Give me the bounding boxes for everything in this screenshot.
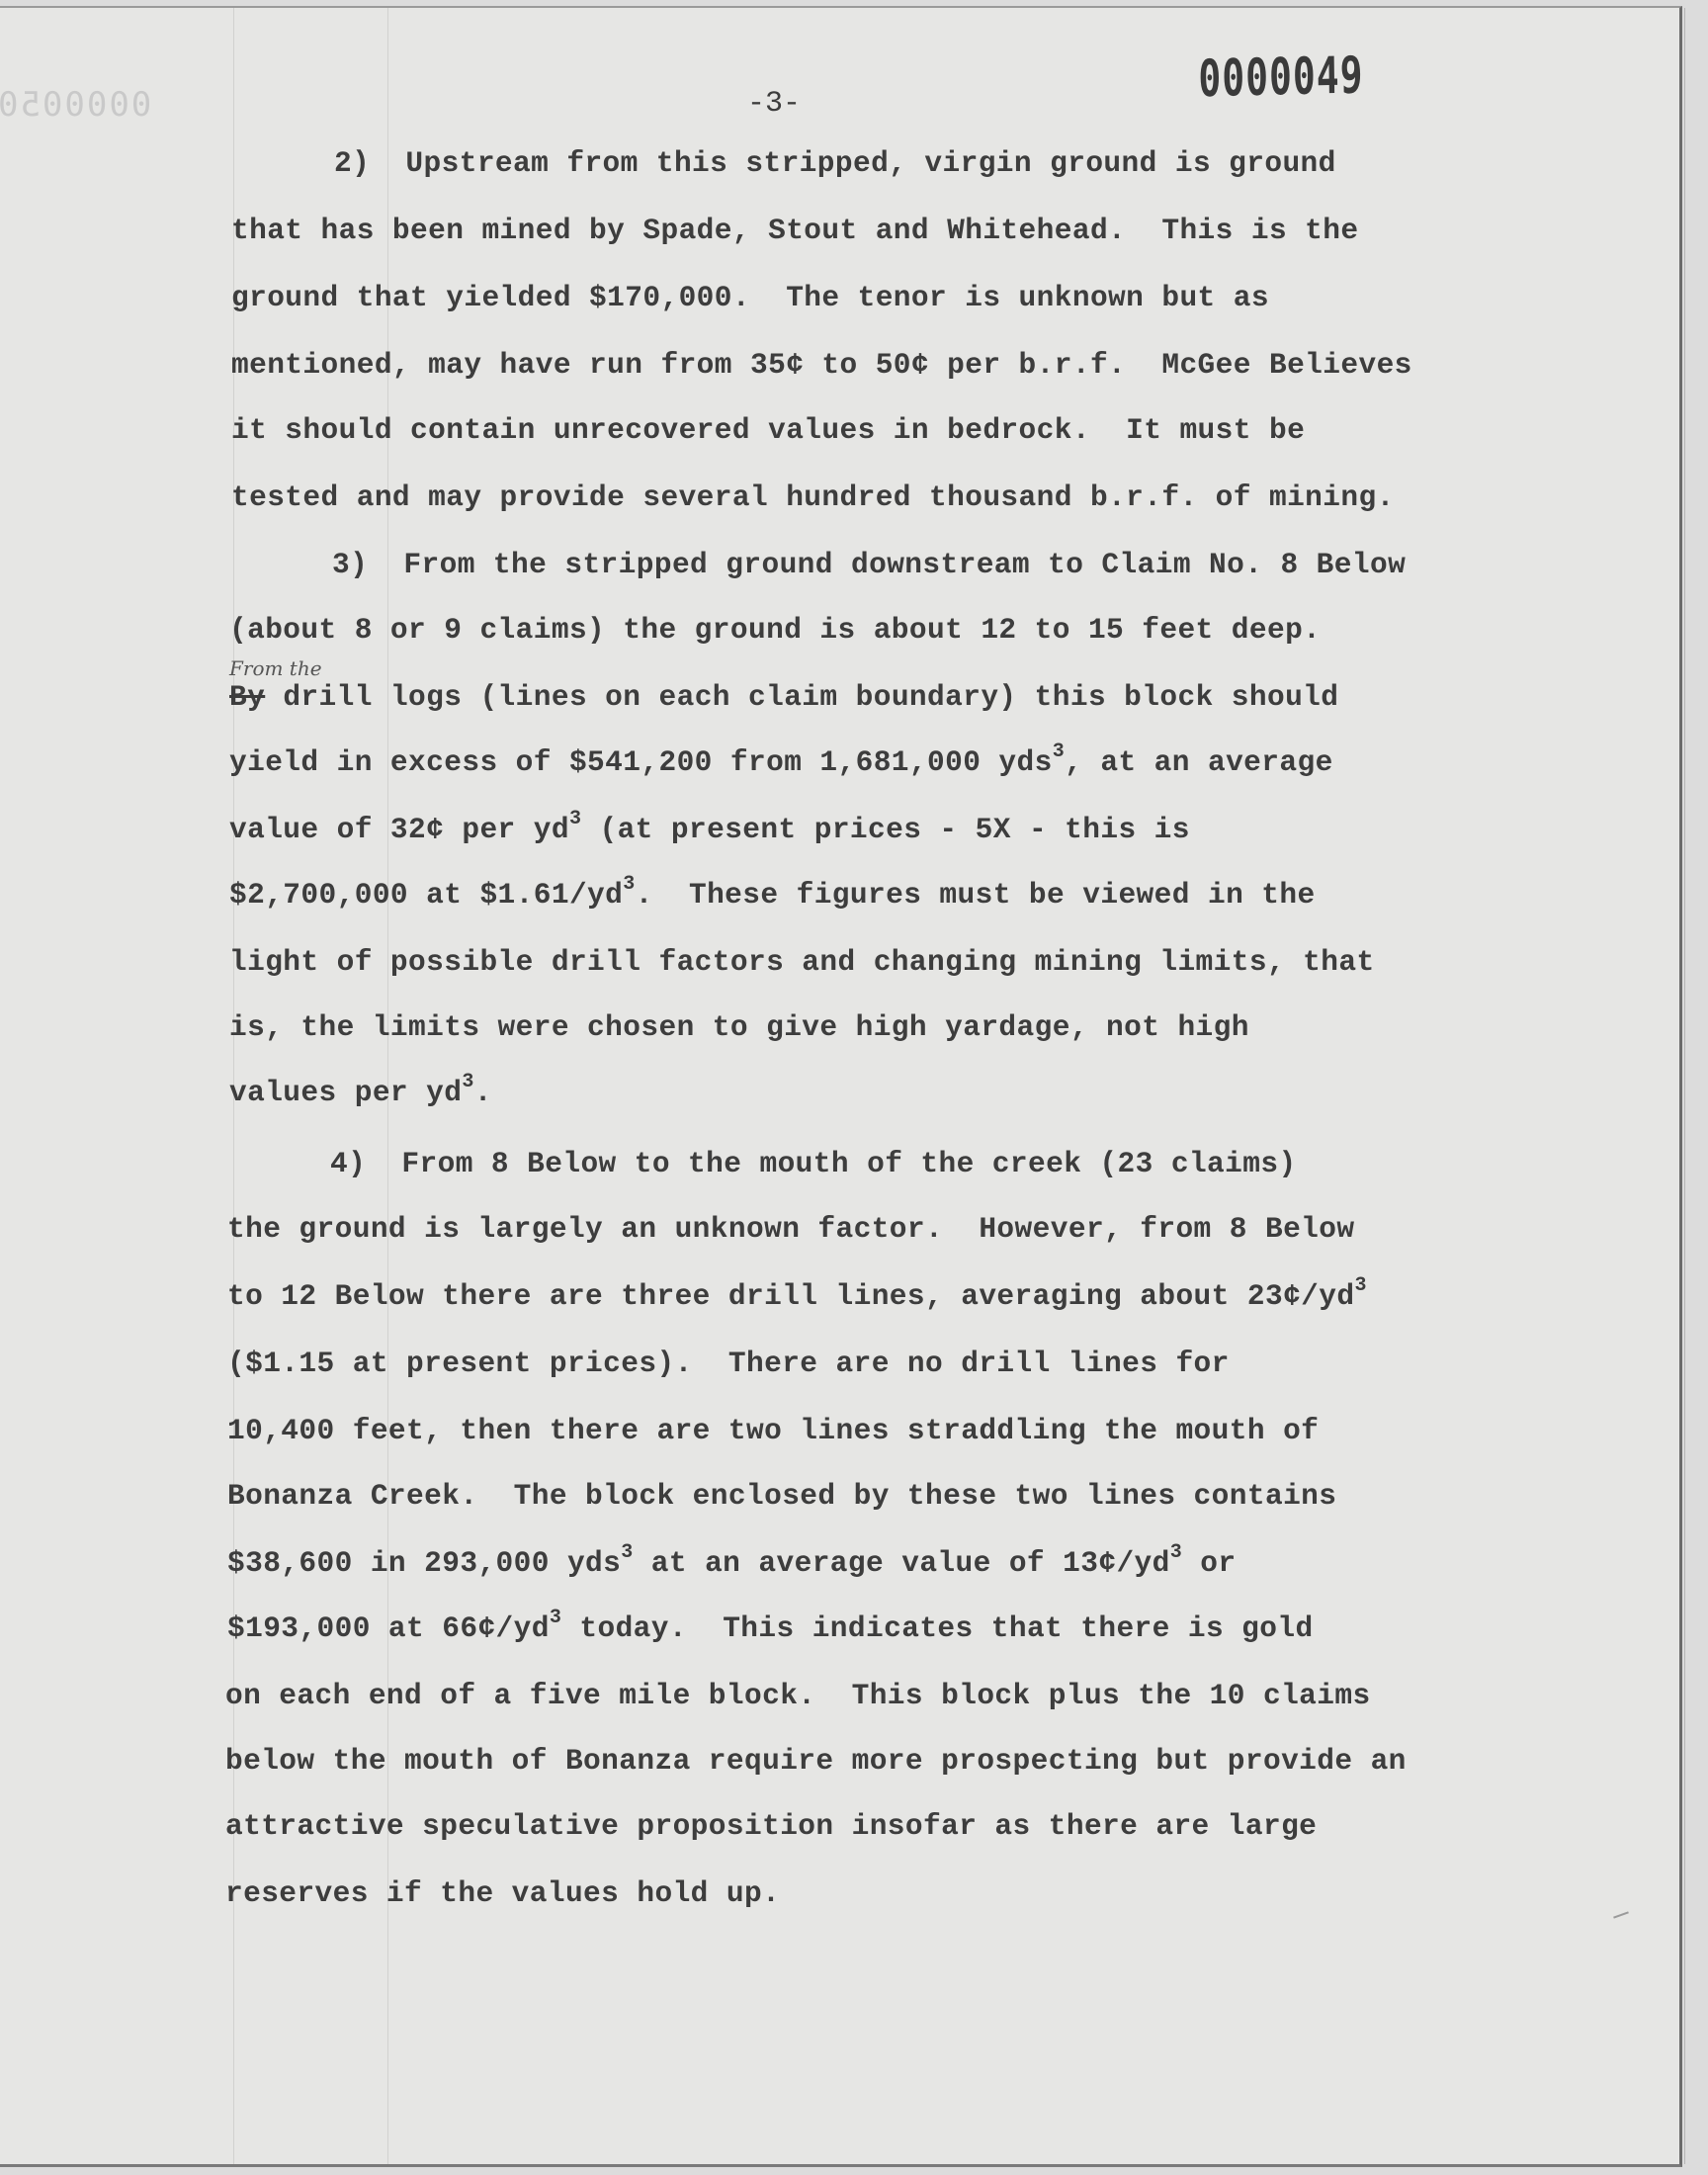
text-line: 10,400 feet, then there are two lines st… [227, 1414, 1319, 1447]
page-number: -3- [747, 87, 801, 121]
text-line: the ground is largely an unknown factor.… [227, 1212, 1354, 1246]
text-line: Bonanza Creek. The block enclosed by the… [227, 1479, 1336, 1513]
text-line: below the mouth of Bonanza require more … [225, 1744, 1407, 1778]
text-line: ground that yielded $170,000. The tenor … [231, 281, 1269, 314]
handwritten-insertion: From the [229, 656, 322, 680]
text-line: $193,000 at 66¢/yd3 today. This indicate… [227, 1611, 1314, 1645]
text-line: 2) Upstream from this stripped, virgin g… [334, 146, 1336, 180]
text-line: ($1.15 at present prices). There are no … [227, 1347, 1230, 1380]
text-line: $2,700,000 at $1.61/yd3. These figures m… [229, 878, 1316, 912]
text-line: that has been mined by Spade, Stout and … [231, 214, 1358, 247]
document-number-stamp: 0000049 [1198, 45, 1364, 108]
text-line: is, the limits were chosen to give high … [229, 1010, 1249, 1044]
text-line: tested and may provide several hundred t… [231, 480, 1395, 514]
struck-word: By [229, 680, 265, 714]
text-line: to 12 Below there are three drill lines,… [227, 1279, 1367, 1313]
text-line: 3) From the stripped ground downstream t… [332, 548, 1406, 581]
text-line: light of possible drill factors and chan… [229, 945, 1375, 979]
margin-pencil-mark [1613, 1911, 1629, 1918]
text-line: $38,600 in 293,000 yds3 at an average va… [227, 1546, 1236, 1580]
text-line: attractive speculative proposition insof… [225, 1809, 1317, 1843]
document-page: 0000050 0000049 -3- 2) Upstream from thi… [0, 6, 1682, 2167]
text-line: on each end of a five mile block. This b… [225, 1679, 1371, 1712]
text-line: (about 8 or 9 claims) the ground is abou… [229, 613, 1321, 647]
text-line: 4) From 8 Below to the mouth of the cree… [330, 1147, 1297, 1180]
text-line: reserves if the values hold up. [225, 1876, 780, 1910]
text-line: mentioned, may have run from 35¢ to 50¢ … [231, 348, 1412, 382]
text-line: values per yd3. [229, 1076, 492, 1109]
text-line: yield in excess of $541,200 from 1,681,0… [229, 745, 1333, 779]
bleed-through-stamp: 0000050 [0, 85, 151, 125]
text-line: it should contain unrecovered values in … [231, 413, 1305, 447]
text-line: By drill logs (lines on each claim bound… [229, 680, 1338, 714]
text-line: value of 32¢ per yd3 (at present prices … [229, 813, 1190, 846]
